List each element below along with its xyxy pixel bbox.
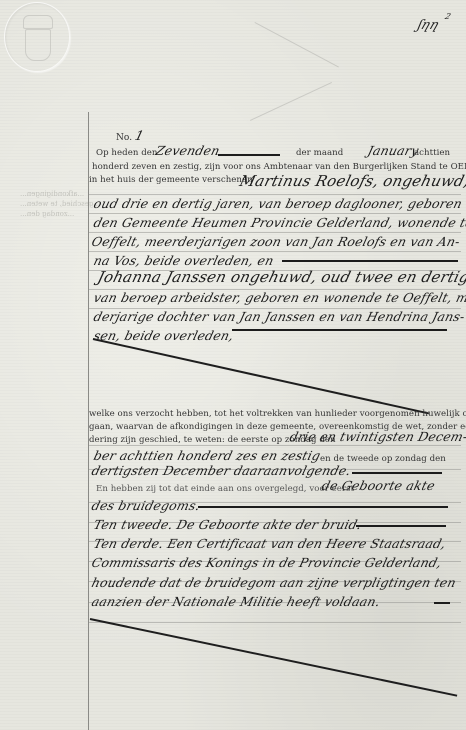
groom-details: den Gemeente Heumen Provincie Gelderland…: [92, 215, 466, 230]
bleed-through-text: ...geschied, te weten...: [20, 200, 100, 208]
fill-line: [232, 329, 447, 331]
first-proclamation-date: ber achttien honderd zes en zestig: [92, 448, 322, 463]
groom-details: na Vos, beide overleden, en: [92, 253, 275, 268]
opening-text: der maand: [296, 148, 343, 158]
bride-details: derjarige dochter van Jan Janssen en van…: [92, 309, 466, 324]
fill-line: [218, 154, 280, 156]
opening-text: in het huis der gemeente verschenen: [89, 175, 253, 185]
bride-name: Johanna Janssen ongehuwd, oud twee en de…: [96, 268, 466, 286]
ruled-line: [89, 622, 461, 623]
opening-text: achttien: [414, 148, 450, 158]
paper-crease: [255, 22, 339, 67]
third-document: aanzien der Nationale Militie heeft vold…: [90, 594, 382, 609]
first-document: de Geboorte akte: [320, 478, 437, 493]
bleed-through-text: ...afkondigingen...: [20, 190, 84, 198]
ruled-line: [89, 445, 461, 446]
cancel-stroke: [93, 338, 429, 414]
first-document: des bruidegoms.: [90, 498, 202, 513]
fill-line: [198, 506, 448, 508]
documents-intro: En hebben zij tot dat einde aan ons over…: [96, 484, 354, 494]
third-document: Ten derde. Een Certificaat van den Heere…: [92, 536, 447, 551]
bleed-through-text: ...zondag den...: [20, 210, 74, 218]
groom-details: oud drie en dertig jaren, van beroep dag…: [92, 196, 466, 211]
bride-details: sen, beide overleden,: [92, 328, 235, 343]
second-proclamation-date: dertigsten December daaraanvolgende.: [90, 463, 352, 478]
fill-line: [282, 260, 458, 262]
ruled-line: [89, 232, 461, 233]
cancel-stroke: [90, 618, 457, 697]
third-document: houdende dat de bruidegom aan zijne verp…: [90, 575, 458, 590]
proclamation-text: welke ons verzocht hebben, tot het voltr…: [89, 409, 466, 419]
embossed-seal: [4, 2, 70, 72]
groom-details: Oeffelt, meerderjarigen zoon van Jan Roe…: [90, 234, 462, 249]
crown-icon: [23, 15, 53, 29]
fill-line: [434, 602, 450, 604]
ruled-line: [89, 251, 461, 252]
coat-of-arms-icon: [25, 29, 51, 61]
record-number-value: 1: [133, 129, 145, 144]
opening-text: Op heden den: [96, 148, 157, 158]
first-proclamation-date: drie en twintigsten Decem-: [288, 429, 466, 444]
day-handwritten: Zevenden: [154, 143, 221, 158]
page-mark-text: ʃƞƞ: [415, 18, 441, 33]
ruled-line: [89, 213, 461, 214]
ruled-line: [89, 194, 461, 195]
month-handwritten: January: [366, 143, 420, 158]
opening-text: honderd zeven en zestig, zijn voor ons A…: [92, 162, 466, 172]
record-number-label: No.: [116, 133, 132, 143]
fill-line: [352, 472, 442, 474]
groom-name: Martinus Roelofs, ongehuwd,: [238, 172, 466, 190]
page-number: 2: [444, 12, 452, 21]
paper-crease: [250, 82, 332, 121]
bride-details: van beroep arbeidster, geboren en wonend…: [92, 290, 466, 305]
third-document: Commissaris des Konings in de Provincie …: [90, 555, 443, 570]
fill-line: [356, 525, 446, 527]
second-document: Ten tweede. De Geboorte akte der bruid.: [92, 517, 363, 532]
page-number-mark: ʃƞƞ 2: [415, 18, 441, 33]
